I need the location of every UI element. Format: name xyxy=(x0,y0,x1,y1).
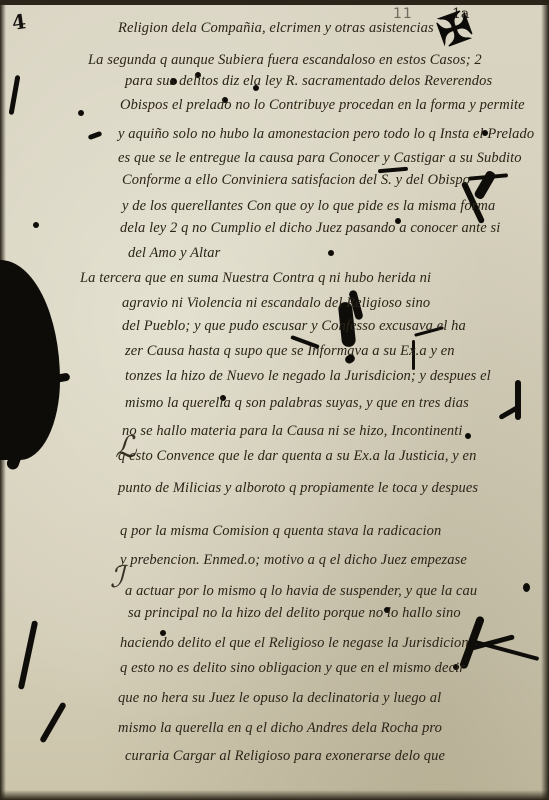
ink-stain-left xyxy=(0,260,60,460)
text-line: y de los querellantes Con que oy lo que … xyxy=(122,198,495,215)
ink-cross-mark-icon: ✠ xyxy=(431,2,479,58)
text-line: para sus delitos diz ela ley R. sacramen… xyxy=(125,73,492,90)
text-line: mismo la querella q son palabras suyas, … xyxy=(125,395,469,412)
text-line: zer Causa hasta q supo que se Informava … xyxy=(125,343,455,360)
text-line: y aquiño solo no hubo la amonestacion pe… xyxy=(118,126,534,143)
text-line: haciendo delito el que el Religioso le n… xyxy=(120,635,469,652)
ink-stroke-left-margin xyxy=(18,620,38,690)
page-edge-top xyxy=(0,0,549,5)
text-line: q esto Convence que le dar quenta a su E… xyxy=(118,448,476,465)
ink-stroke-left-margin xyxy=(9,75,21,115)
page-edge-bottom xyxy=(0,790,549,800)
text-line: es que se le entregue la causa para Cono… xyxy=(118,150,522,167)
text-line: agravio ni Violencia ni escandalo del Re… xyxy=(122,295,430,312)
ink-dot xyxy=(78,110,84,116)
text-line: sa principal no la hizo del delito porqu… xyxy=(128,605,461,622)
ink-dot xyxy=(33,222,39,228)
text-line: y prebencion. Enmed.o; motivo a q el dic… xyxy=(120,552,467,569)
ink-stroke-left-margin xyxy=(88,131,103,140)
text-line: q esto no es delito sino obligacion y qu… xyxy=(120,660,465,677)
ink-dot xyxy=(523,583,530,592)
text-line: Religion dela Compañia, elcrimen y otras… xyxy=(118,20,434,37)
text-line: Obispos el prelado no lo Contribuye proc… xyxy=(120,97,525,114)
text-line: La segunda q aunque Subiera fuera escand… xyxy=(88,52,482,69)
page-edge-right xyxy=(541,0,549,800)
text-line: del Amo y Altar xyxy=(128,245,220,262)
text-line: curaria Cargar al Religioso para exonera… xyxy=(125,748,445,765)
ink-dot xyxy=(465,433,471,439)
text-line: mismo la querella en q el dicho Andres d… xyxy=(118,720,442,737)
text-line: q por la misma Comision q quenta stava l… xyxy=(120,523,441,540)
manuscript-page: 4 11 1a ✠ ℐ ℒ Religion dela Compañia, el… xyxy=(0,0,549,800)
folio-mark-top-left: 4 xyxy=(10,9,27,35)
text-line: tonzes la hizo de Nuevo le negado la Jur… xyxy=(125,368,491,385)
text-line: punto de Milicias y alboroto q propiamen… xyxy=(118,480,478,497)
text-line: a actuar por lo mismo q lo havia de susp… xyxy=(125,583,477,600)
text-line: del Pueblo; y que pudo escusar y Confess… xyxy=(122,318,466,335)
text-line: La tercera que en suma Nuestra Contra q … xyxy=(80,270,431,287)
text-line: que no hera su Juez le opuso la declinat… xyxy=(118,690,441,707)
text-line: dela ley 2 q no Cumplio el dicho Juez pa… xyxy=(120,220,500,237)
text-line: no se hallo materia para la Causa ni se … xyxy=(122,423,463,440)
text-line: Conforme a ello Conviniera satisfacion d… xyxy=(122,172,470,189)
ink-stroke-left-margin xyxy=(39,702,67,744)
ink-dot xyxy=(328,250,334,256)
ink-stroke-right xyxy=(515,380,521,420)
